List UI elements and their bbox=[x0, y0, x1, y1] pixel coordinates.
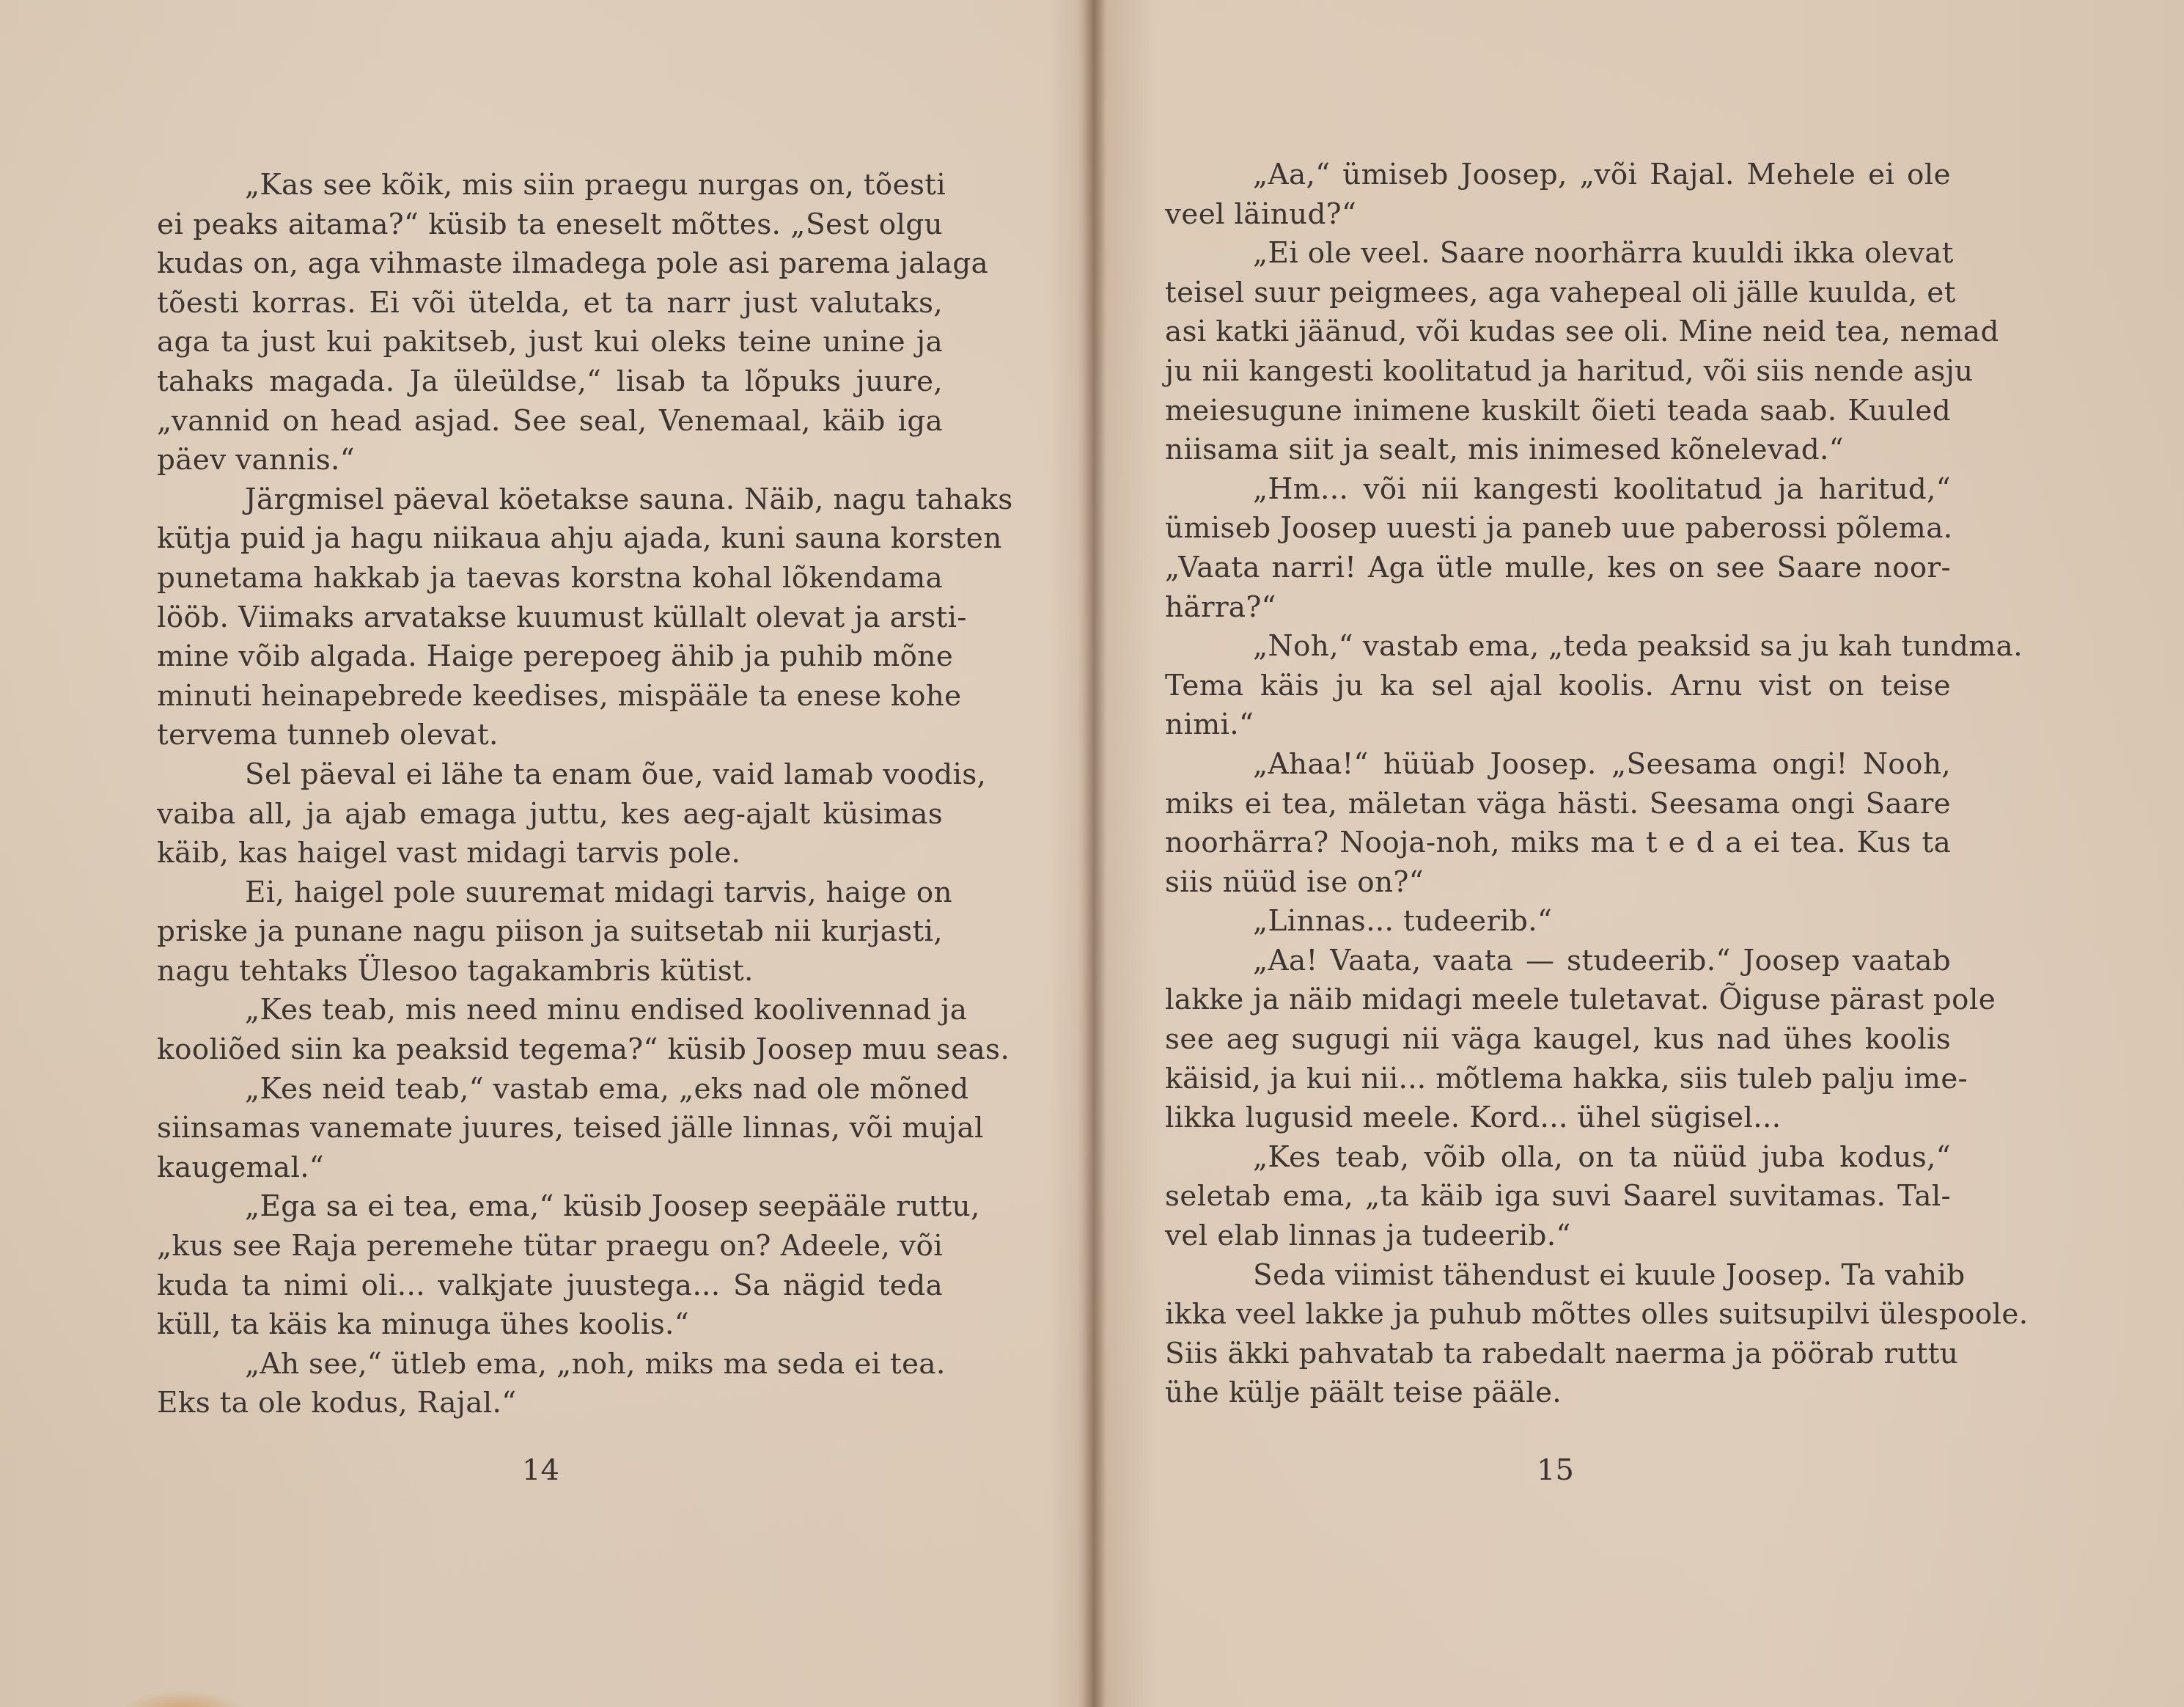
text-line: „Linnas... tudeerib.“ bbox=[1165, 902, 1951, 941]
text-line: Järgmisel päeval köetakse sauna. Näib, n… bbox=[157, 480, 943, 520]
text-line: ühe külje päält teise pääle. bbox=[1165, 1373, 1951, 1413]
text-line: „Vaata narri! Aga ütle mulle, kes on see… bbox=[1165, 548, 1951, 588]
text-line: käisid, ja kui nii... mõtlema hakka, sii… bbox=[1165, 1060, 1951, 1099]
text-line: miks ei tea, mäletan väga hästi. Seesama… bbox=[1165, 785, 1951, 824]
text-line: kooliõed siin ka peaksid tegema?“ küsib … bbox=[157, 1030, 943, 1070]
text-line: küll, ta käis ka minuga ühes koolis.“ bbox=[157, 1305, 943, 1345]
text-line: „Hm... või nii kangesti koolitatud ja ha… bbox=[1165, 470, 1951, 510]
text-line: ikka veel lakke ja puhub mõttes olles su… bbox=[1165, 1295, 1951, 1335]
text-line: mine võib algada. Haige perepoeg ähib ja… bbox=[157, 637, 943, 677]
text-line: Sel päeval ei lähe ta enam õue, vaid lam… bbox=[157, 755, 943, 795]
text-line: siinsamas vanemate juures, teised jälle … bbox=[157, 1109, 943, 1148]
text-line: teisel suur peigmees, aga vahepeal oli j… bbox=[1165, 274, 1951, 313]
text-line: „Ahaa!“ hüüab Joosep. „Seesama ongi! Noo… bbox=[1165, 745, 1951, 785]
text-line: priske ja punane nagu piison ja suitseta… bbox=[157, 912, 943, 952]
text-line: tervema tunneb olevat. bbox=[157, 716, 943, 755]
page-number-left: 14 bbox=[522, 1453, 559, 1487]
text-line: Seda viimist tähendust ei kuule Joosep. … bbox=[1165, 1256, 1951, 1296]
book-spread: „Kas see kõik, mis siin praegu nurgas on… bbox=[0, 0, 2184, 1707]
text-line: see aeg sugugi nii väga kaugel, kus nad … bbox=[1165, 1020, 1951, 1060]
text-line: minuti heinapebrede keedises, mispääle t… bbox=[157, 677, 943, 716]
text-line: Siis äkki pahvatab ta rabedalt naerma ja… bbox=[1165, 1335, 1951, 1374]
text-line: ümiseb Joosep uuesti ja paneb uue pabero… bbox=[1165, 509, 1951, 548]
text-line: nagu tehtaks Ülesoo tagakambris kütist. bbox=[157, 952, 943, 991]
text-line: vaiba all, ja ajab emaga juttu, kes aeg-… bbox=[157, 795, 943, 834]
text-line: „Ei ole veel. Saare noorhärra kuuldi ikk… bbox=[1165, 234, 1951, 274]
text-line: veel läinud?“ bbox=[1165, 195, 1951, 235]
page-number-right: 15 bbox=[1537, 1453, 1574, 1487]
text-line: asi katki jäänud, või kudas see oli. Min… bbox=[1165, 312, 1951, 352]
text-line: „Kes teab, võib olla, on ta nüüd juba ko… bbox=[1165, 1138, 1951, 1178]
text-line: Eks ta ole kodus, Rajal.“ bbox=[157, 1384, 943, 1423]
text-line: niisama siit ja sealt, mis inimesed kõne… bbox=[1165, 430, 1951, 470]
text-line: tõesti korras. Ei või ütelda, et ta narr… bbox=[157, 284, 943, 323]
text-line: meiesugune inimene kuskilt õieti teada s… bbox=[1165, 392, 1951, 431]
text-line: „Kas see kõik, mis siin praegu nurgas on… bbox=[157, 166, 943, 205]
text-line: ju nii kangesti koolitatud ja haritud, v… bbox=[1165, 352, 1951, 392]
text-line: kaugemal.“ bbox=[157, 1148, 943, 1188]
text-line: siis nüüd ise on?“ bbox=[1165, 863, 1951, 903]
text-line: tahaks magada. Ja üleüldse,“ lisab ta lõ… bbox=[157, 362, 943, 402]
text-line: „Ega sa ei tea, ema,“ küsib Joosep seepä… bbox=[157, 1187, 943, 1227]
text-line: noorhärra? Nooja-noh, miks ma t e d a ei… bbox=[1165, 823, 1951, 863]
text-line: Tema käis ju ka sel ajal koolis. Arnu vi… bbox=[1165, 667, 1951, 706]
text-line: nimi.“ bbox=[1165, 705, 1951, 745]
text-line: „kus see Raja peremehe tütar praegu on? … bbox=[157, 1227, 943, 1266]
right-page-text: „Aa,“ ümiseb Joosep, „või Rajal. Mehele … bbox=[1165, 155, 1951, 1413]
text-line: aga ta just kui pakitseb, just kui oleks… bbox=[157, 323, 943, 362]
text-line: „Kes teab, mis need minu endised koolive… bbox=[157, 991, 943, 1030]
text-line: lööb. Viimaks arvatakse kuumust küllalt … bbox=[157, 598, 943, 638]
text-line: vel elab linnas ja tudeerib.“ bbox=[1165, 1216, 1951, 1256]
right-page: „Aa,“ ümiseb Joosep, „või Rajal. Mehele … bbox=[1100, 0, 2184, 1707]
paper-stain bbox=[121, 1690, 246, 1707]
text-line: kudas on, aga vihmaste ilmadega pole asi… bbox=[157, 244, 943, 284]
text-line: lakke ja näib midagi meele tuletavat. Õi… bbox=[1165, 980, 1951, 1020]
text-line: „Ah see,“ ütleb ema, „noh, miks ma seda … bbox=[157, 1345, 943, 1384]
text-line: „Noh,“ vastab ema, „teda peaksid sa ju k… bbox=[1165, 627, 1951, 667]
text-line: härra?“ bbox=[1165, 588, 1951, 628]
text-line: kuda ta nimi oli... valkjate juustega...… bbox=[157, 1266, 943, 1306]
text-line: ei peaks aitama?“ küsib ta eneselt mõtte… bbox=[157, 205, 943, 245]
text-line: „vannid on head asjad. See seal, Venemaa… bbox=[157, 402, 943, 441]
text-line: „Aa,“ ümiseb Joosep, „või Rajal. Mehele … bbox=[1165, 155, 1951, 195]
text-line: Ei, haigel pole suuremat midagi tarvis, … bbox=[157, 873, 943, 913]
left-page: „Kas see kõik, mis siin praegu nurgas on… bbox=[0, 0, 1092, 1707]
text-line: seletab ema, „ta käib iga suvi Saarel su… bbox=[1165, 1177, 1951, 1216]
text-line: likka lugusid meele. Kord... ühel sügise… bbox=[1165, 1098, 1951, 1138]
text-line: päev vannis.“ bbox=[157, 441, 943, 480]
text-line: „Aa! Vaata, vaata — studeerib.“ Joosep v… bbox=[1165, 941, 1951, 981]
text-line: punetama hakkab ja taevas korstna kohal … bbox=[157, 559, 943, 598]
text-line: kütja puid ja hagu niikaua ahju ajada, k… bbox=[157, 519, 943, 559]
text-line: „Kes neid teab,“ vastab ema, „eks nad ol… bbox=[157, 1070, 943, 1109]
left-page-text: „Kas see kõik, mis siin praegu nurgas on… bbox=[157, 166, 943, 1423]
text-line: käib, kas haigel vast midagi tarvis pole… bbox=[157, 834, 943, 873]
